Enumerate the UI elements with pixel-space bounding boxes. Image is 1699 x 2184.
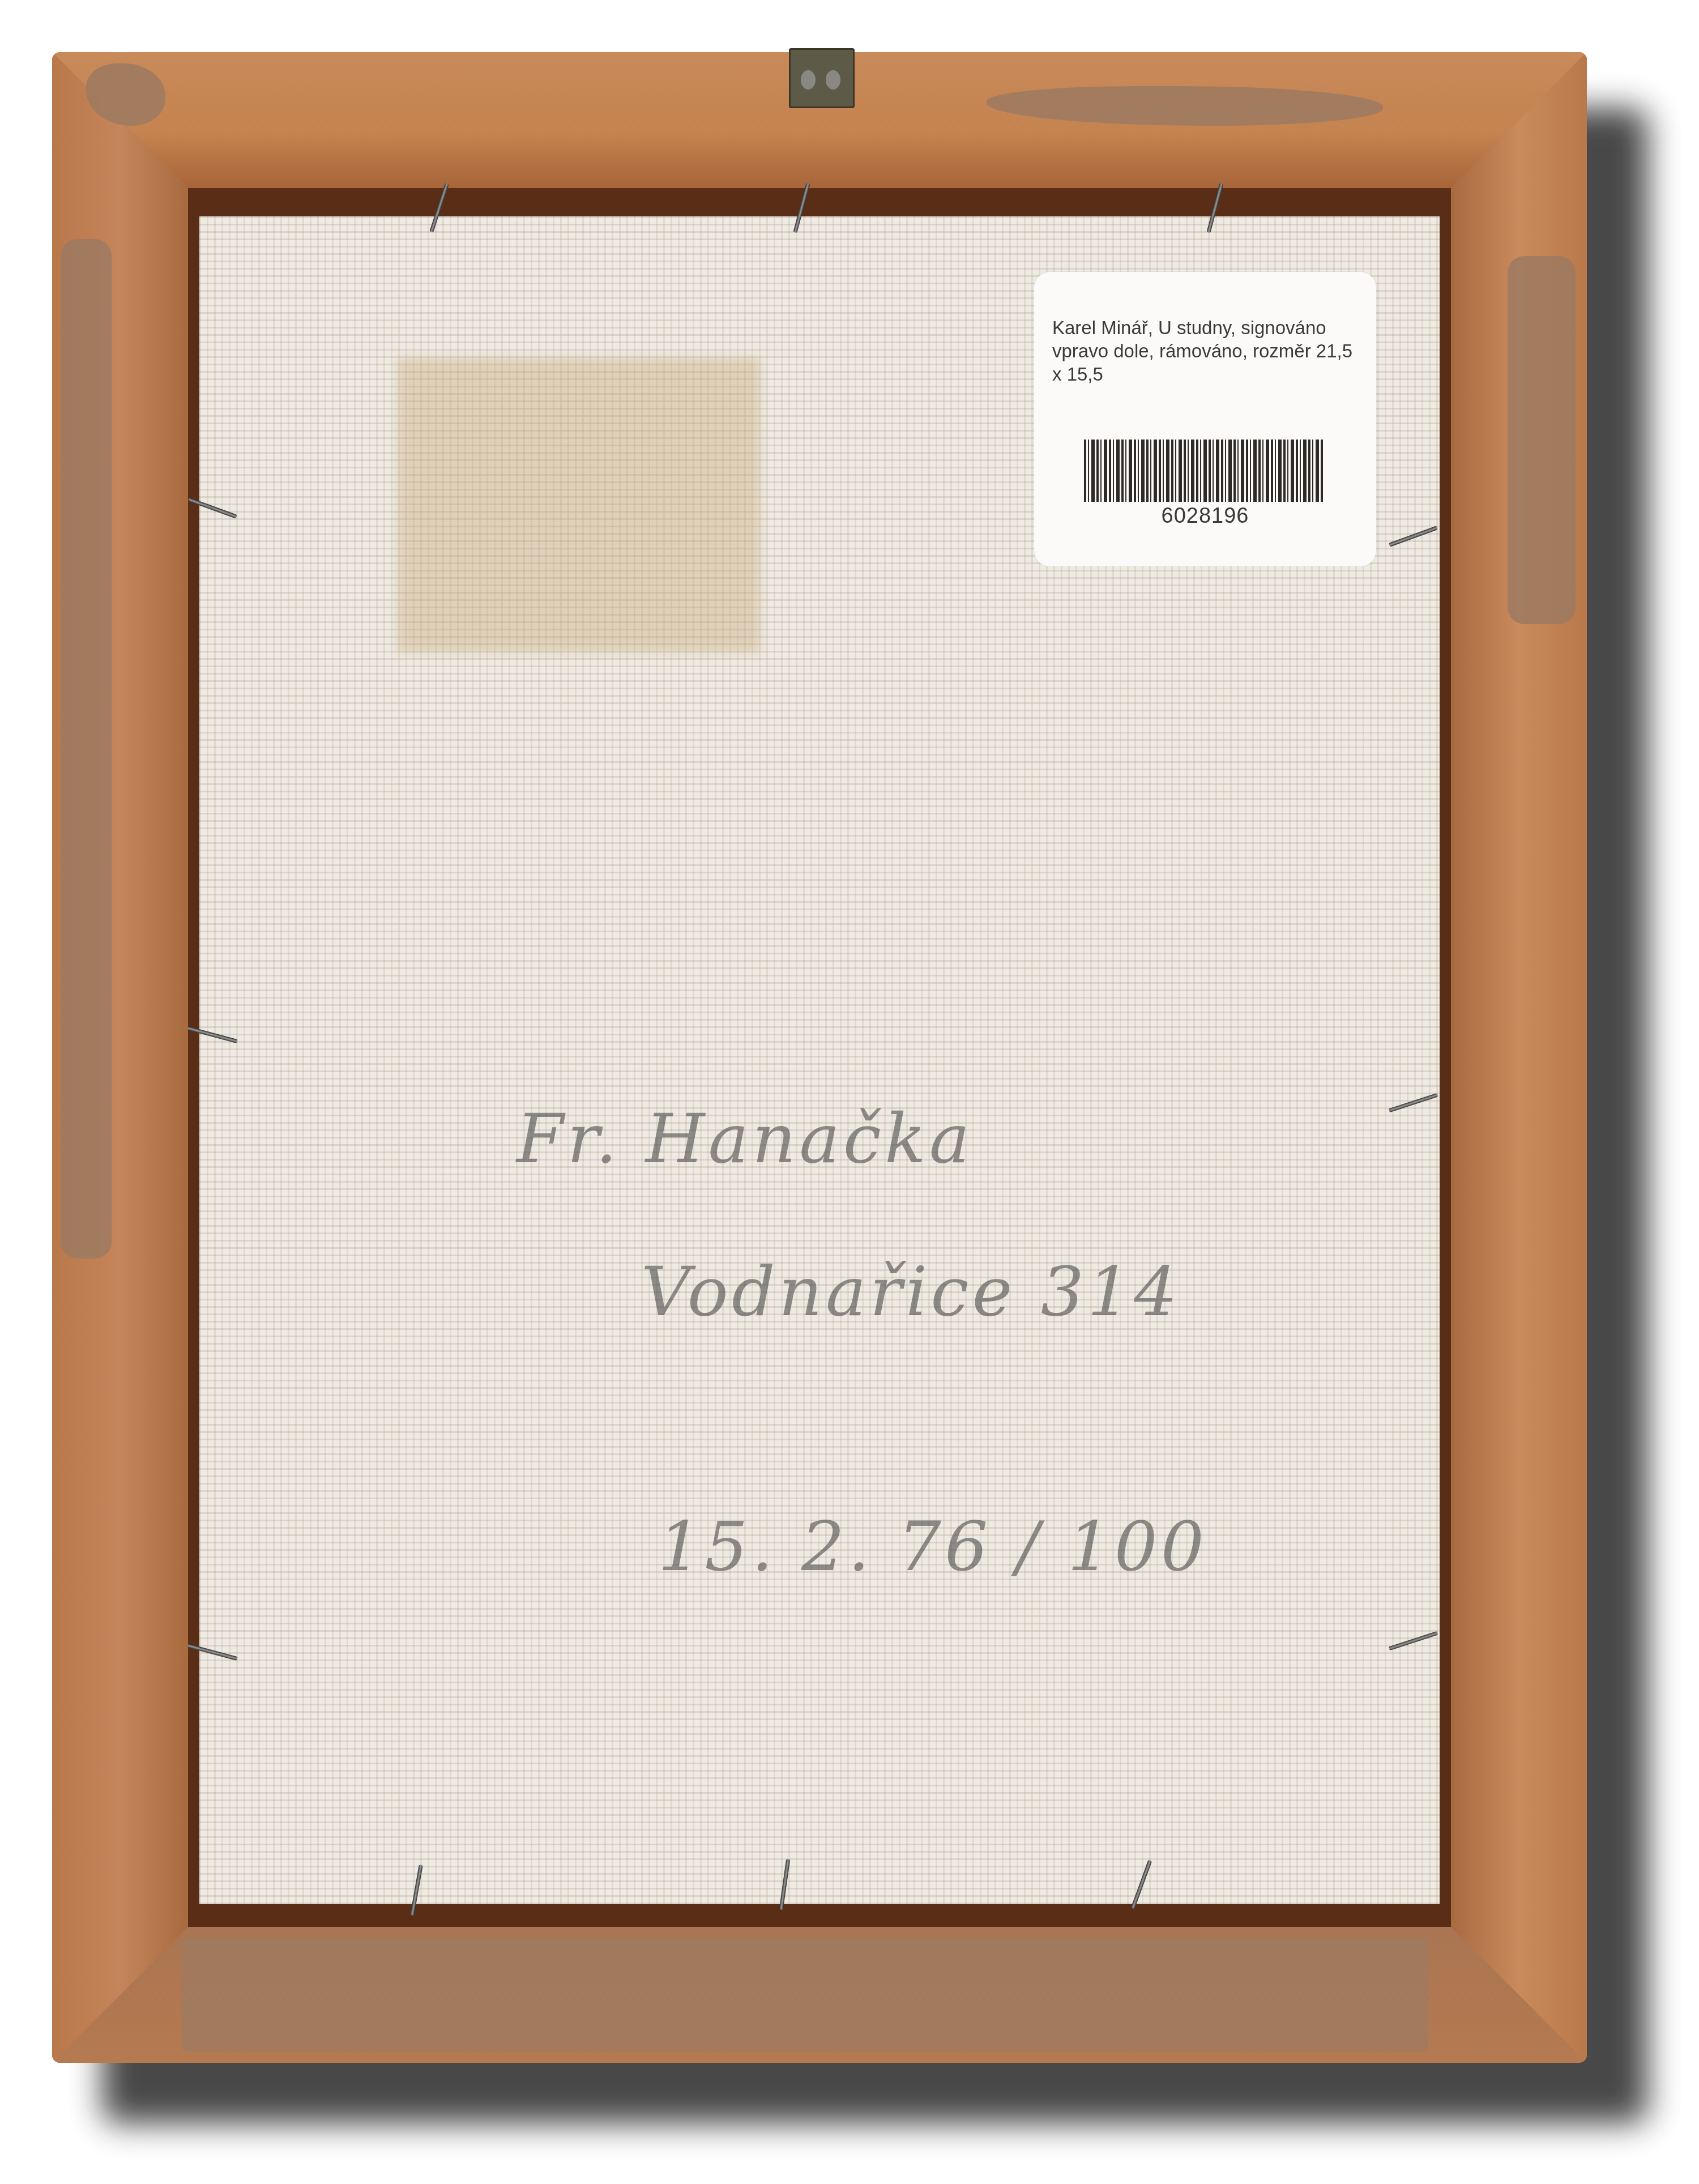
screw-icon <box>801 70 816 89</box>
paper-residue <box>182 1938 1428 2051</box>
barcode-icon <box>1084 440 1324 502</box>
barcode-number: 6028196 <box>1034 504 1376 528</box>
handwritten-address: Vodnařice 314 <box>641 1253 1181 1332</box>
auction-label: Karel Minář, U studny, signováno vpravo … <box>1034 272 1376 566</box>
label-description: Karel Minář, U studny, signováno vpravo … <box>1052 316 1359 386</box>
handwritten-date: 15. 2. 76 / 100 <box>658 1508 1207 1586</box>
canvas-stain <box>398 358 760 652</box>
paper-residue <box>61 239 112 1259</box>
screw-icon <box>826 70 840 89</box>
paper-residue <box>1508 256 1576 624</box>
hanging-bracket <box>789 48 855 108</box>
handwritten-name: Fr. Hanačka <box>516 1100 973 1179</box>
